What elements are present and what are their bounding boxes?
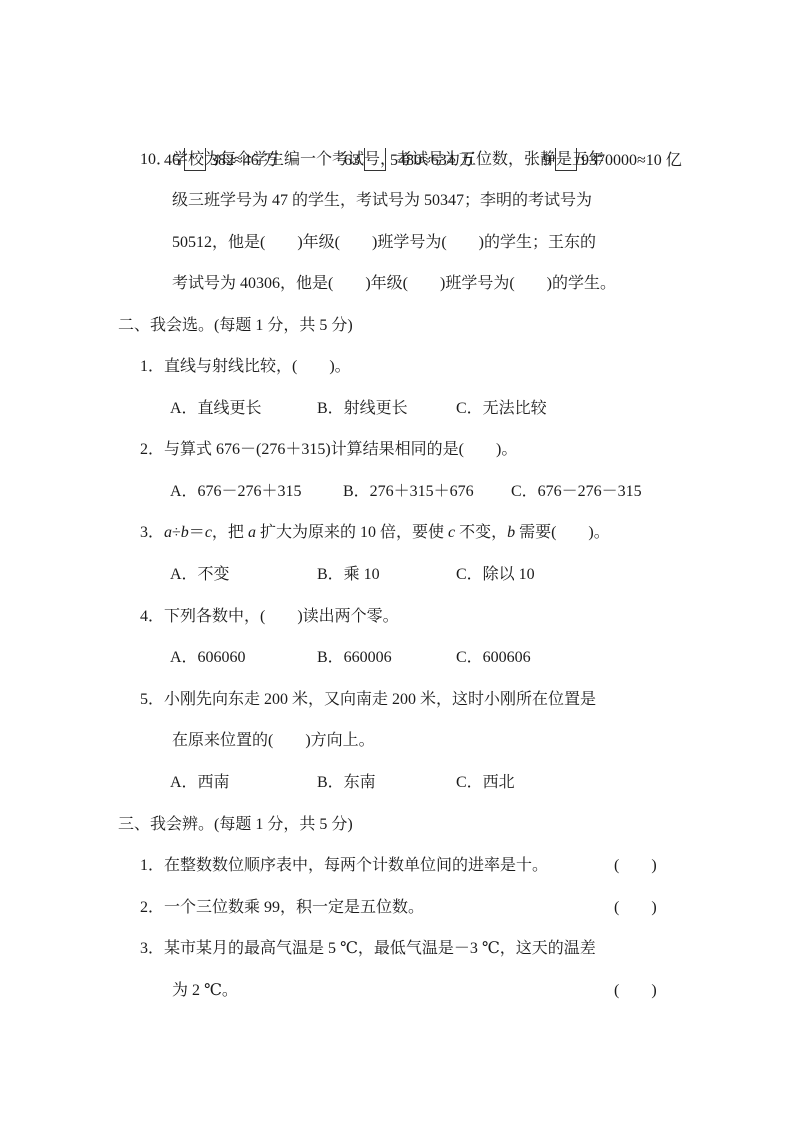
s3-q1-text: 1．在整数数位顺序表中，每两个计数单位间的进率是十。 [140,856,548,876]
s2-q5-stem-line-1: 5．小刚先向东走 200 米，又向南走 200 米，这时小刚所在位置是 [140,690,596,710]
q10-line-3: 50512，他是( )年级( )班学号为( )的学生；王东的 [172,233,596,253]
s2-q2-stem: 2．与算式 676－(276＋315)计算结果相同的是( )。 [140,440,517,460]
s2-q2-option-a[interactable]: A．676－276＋315 [170,482,302,502]
var-b: b [507,524,515,541]
s2-q5-option-c[interactable]: C．西北 [456,773,515,793]
section-3-heading: 三、我会辨。(每题 1 分，共 5 分) [118,815,353,835]
s2-q2-option-c[interactable]: C．676－276－315 [511,482,642,502]
stem-text: 需要( )。 [515,524,610,541]
s2-q5-option-a[interactable]: A．西南 [170,773,230,793]
var-a: a [248,524,256,541]
stem-text: 扩大为原来的 10 倍，要使 [256,524,448,541]
q10-line-1: 10．学校为每个学生编一个考试号，考试号为五位数，张静是五年 [140,150,604,170]
s3-q3-line-1: 3．某市某月的最高气温是 5 ℃，最低气温是－3 ℃，这天的温差 [140,939,596,959]
s2-q1-stem: 1．直线与射线比较，( )。 [140,357,351,377]
stem-text: ，把 [212,524,248,541]
s2-q3-option-b[interactable]: B．乘 10 [317,565,380,585]
divide-sign: ÷ [172,524,181,541]
s2-q4-option-c[interactable]: C．600606 [456,648,531,668]
stem-text: 不变， [455,524,507,541]
var-c: c [448,524,455,541]
s2-q4-stem: 4．下列各数中，( )读出两个零。 [140,607,399,627]
s3-q1-answer-paren[interactable]: ( ) [614,856,657,876]
q-number: 3． [140,524,164,541]
s2-q5-stem-line-2: 在原来位置的( )方向上。 [172,731,375,751]
var-a: a [164,524,172,541]
s2-q3-stem: 3．a÷b＝c，把 a 扩大为原来的 10 倍，要使 c 不变，b 需要( )。 [140,523,610,543]
s3-q3-answer-paren[interactable]: ( ) [614,981,657,1001]
s3-q2-answer-paren[interactable]: ( ) [614,898,657,918]
s2-q3-option-a[interactable]: A．不变 [170,565,230,585]
s2-q3-option-c[interactable]: C．除以 10 [456,565,535,585]
section-2-heading: 二、我会选。(每题 1 分，共 5 分) [118,316,353,336]
var-b: b [181,524,189,541]
s2-q1-option-c[interactable]: C．无法比较 [456,399,547,419]
s2-q5-option-b[interactable]: B．东南 [317,773,376,793]
s3-q3-line-2: 为 2 ℃。 [172,981,238,1001]
q10-line-4: 考试号为 40306，他是( )年级( )班学号为( )的学生。 [172,274,616,294]
s3-q2-text: 2．一个三位数乘 99，积一定是五位数。 [140,898,424,918]
s2-q4-option-a[interactable]: A．606060 [170,648,246,668]
s2-q4-option-b[interactable]: B．660006 [317,648,392,668]
s2-q2-option-b[interactable]: B．276＋315＋676 [343,482,474,502]
s2-q1-option-a[interactable]: A．直线更长 [170,399,262,419]
s2-q1-option-b[interactable]: B．射线更长 [317,399,408,419]
q10-line-2: 级三班学号为 47 的学生，考试号为 50347；李明的考试号为 [172,191,592,211]
equals-sign: ＝ [189,524,205,541]
var-c: c [205,524,212,541]
